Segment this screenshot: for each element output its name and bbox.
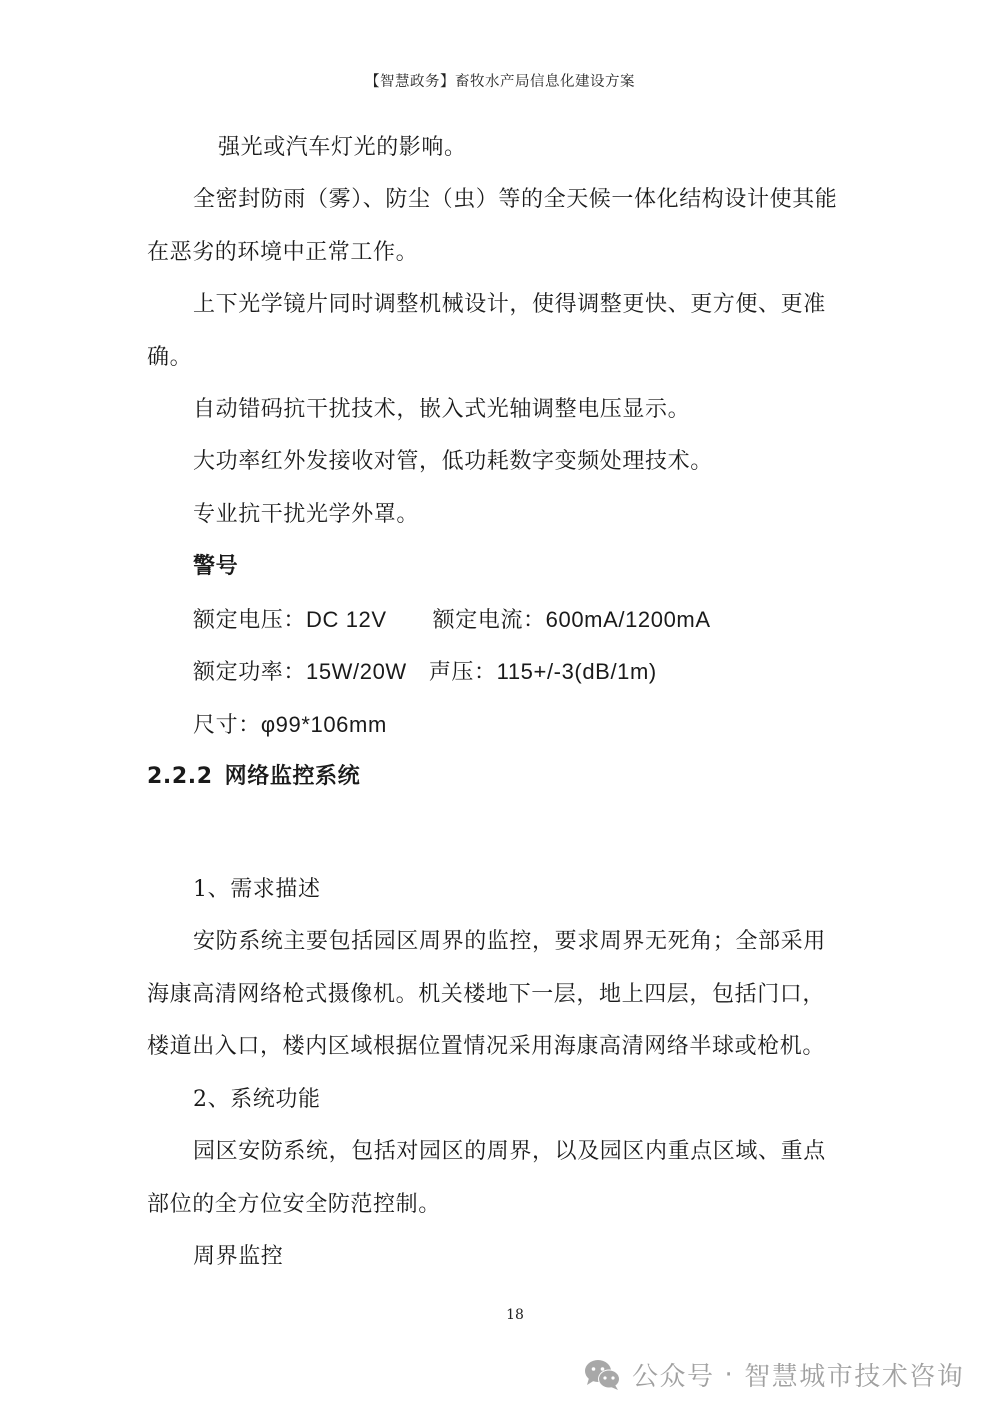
body-line: 海康高清网络枪式摄像机。机关楼地下一层，地上四层，包括门口， bbox=[147, 980, 825, 1010]
voltage-value: DC 12V bbox=[306, 607, 387, 632]
watermark-prefix: 公众号 bbox=[632, 1356, 715, 1393]
watermark-name: 智慧城市技术咨询 bbox=[744, 1356, 964, 1393]
size-value: φ99*106mm bbox=[261, 712, 387, 737]
section-title: 网络监控系统 bbox=[225, 764, 361, 789]
current-value: 600mA/1200mA bbox=[546, 607, 711, 632]
size-label: 尺寸： bbox=[193, 713, 261, 738]
body-line: 楼道出入口，楼内区域根据位置情况采用海康高清网络半球或枪机。 bbox=[147, 1032, 825, 1062]
body-line: 专业抗干扰光学外罩。 bbox=[193, 500, 419, 530]
function-heading: 2、系统功能 bbox=[193, 1085, 321, 1115]
body-line: 强光或汽车灯光的影响。 bbox=[218, 133, 467, 163]
power-label: 额定功率： bbox=[193, 660, 306, 685]
section-heading: 2.2.2网络监控系统 bbox=[147, 762, 360, 792]
page-header: 【智慧政务】畜牧水产局信息化建设方案 bbox=[0, 70, 1000, 91]
sound-label: 声压： bbox=[429, 660, 497, 685]
perimeter-heading: 周界监控 bbox=[193, 1242, 283, 1272]
body-line: 自动错码抗干扰技术，嵌入式光轴调整电压显示。 bbox=[193, 395, 690, 425]
body-line: 确。 bbox=[147, 343, 192, 373]
sound-value: 115+/-3(dB/1m) bbox=[497, 659, 657, 684]
body-line: 在恶劣的环境中正常工作。 bbox=[147, 238, 418, 268]
requirement-heading: 1、需求描述 bbox=[193, 875, 321, 905]
body-line: 园区安防系统，包括对园区的周界，以及园区内重点区域、重点 bbox=[193, 1137, 826, 1167]
subheading-alarm: 警号 bbox=[193, 552, 238, 582]
body-line: 上下光学镜片同时调整机械设计，使得调整更快、更方便、更准 bbox=[193, 290, 826, 320]
current-label: 额定电流： bbox=[433, 608, 546, 633]
body-line: 部位的全方位安全防范控制。 bbox=[147, 1190, 441, 1220]
spec-line-power-sound: 额定功率：15W/20W声压：115+/-3(dB/1m) bbox=[193, 657, 657, 688]
wechat-icon bbox=[584, 1359, 622, 1391]
section-number: 2.2.2 bbox=[147, 764, 213, 789]
spec-line-size: 尺寸：φ99*106mm bbox=[193, 710, 387, 741]
spec-line-voltage-current: 额定电压：DC 12V额定电流：600mA/1200mA bbox=[193, 605, 711, 636]
power-value: 15W/20W bbox=[306, 659, 407, 684]
watermark-separator: · bbox=[725, 1360, 735, 1390]
page-number: 18 bbox=[0, 1307, 1000, 1323]
body-line: 安防系统主要包括园区周界的监控，要求周界无死角；全部采用 bbox=[193, 927, 826, 957]
body-line: 全密封防雨（雾）、防尘（虫）等的全天候一体化结构设计使其能 bbox=[193, 185, 837, 215]
body-line: 大功率红外发接收对管，低功耗数字变频处理技术。 bbox=[193, 447, 713, 477]
voltage-label: 额定电压： bbox=[193, 608, 306, 633]
watermark: 公众号 · 智慧城市技术咨询 bbox=[584, 1356, 964, 1393]
